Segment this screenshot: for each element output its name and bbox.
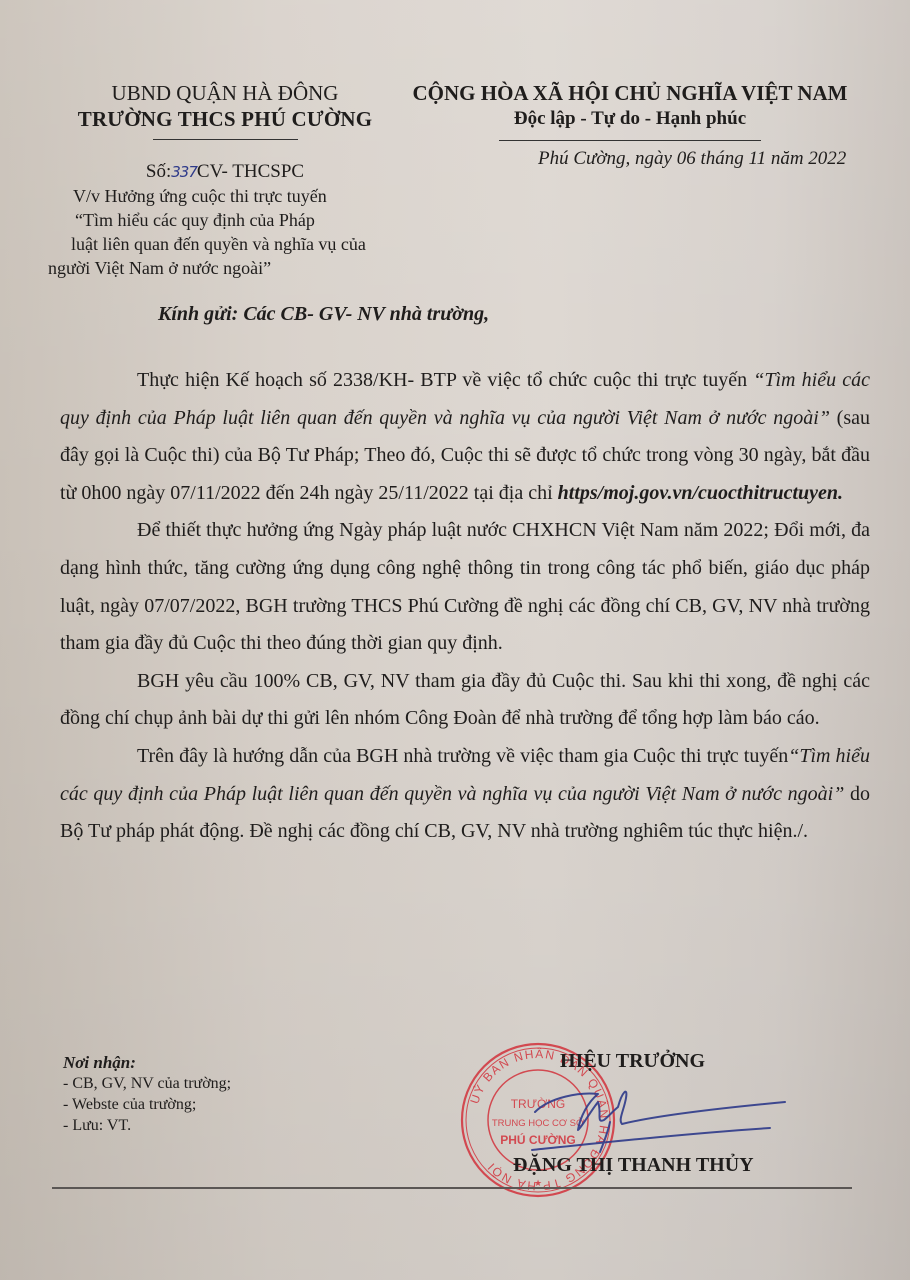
contest-url[interactable]: https/moj.gov.vn/cuocthitructuyen. (558, 482, 843, 504)
authority-name: UBND QUẬN HÀ ĐÔNG (60, 80, 390, 106)
letter-body: Thực hiện Kế hoạch số 2338/KH- BTP về vi… (60, 362, 870, 851)
subject-line: người Việt Nam ở nước ngoài” (48, 256, 388, 280)
paragraph-3: BGH yêu cầu 100% CB, GV, NV tham gia đầy… (60, 663, 870, 738)
greeting: Kính gửi: Các CB- GV- NV nhà trường, (158, 303, 489, 326)
school-name: TRƯỜNG THCS PHÚ CƯỜNG (60, 106, 390, 132)
national-motto: Độc lập - Tự do - Hạnh phúc (395, 106, 865, 132)
paragraph-2: Để thiết thực hưởng ứng Ngày pháp luật n… (60, 512, 870, 662)
signatory-name: ĐẶNG THỊ THANH THỦY (513, 1154, 754, 1177)
recipients-title: Nơi nhận: (63, 1052, 231, 1073)
national-header: CỘNG HÒA XÃ HỘI CHỦ NGHĨA VIỆT NAM Độc l… (395, 80, 865, 141)
document-number-handwritten: 337 (171, 163, 197, 181)
paragraph-text: Thực hiện Kế hoạch số 2338/KH- BTP về vi… (137, 369, 753, 391)
signature-icon (530, 1072, 800, 1162)
paragraph-4: Trên đây là hướng dẫn của BGH nhà trường… (60, 738, 870, 851)
place-date: Phú Cường, ngày 06 tháng 11 năm 2022 (538, 148, 846, 170)
recipient-item: - CB, GV, NV của trường; (63, 1073, 231, 1094)
footer-divider (52, 1187, 852, 1189)
document-number-suffix: CV- THCSPC (197, 161, 304, 182)
subject-line: V/v Hưởng ứng cuộc thi trực tuyến (48, 184, 388, 208)
header-right-underline (499, 140, 761, 141)
subject-line: “Tìm hiểu các quy định của Pháp (48, 208, 388, 232)
document-number: Số:337CV- THCSPC (70, 160, 380, 184)
recipient-item: - Webste của trường; (63, 1094, 231, 1115)
recipients-block: Nơi nhận: - CB, GV, NV của trường; - Web… (63, 1052, 231, 1136)
document-number-prefix: Số: (146, 161, 171, 182)
signatory-title: HIỆU TRƯỞNG (560, 1050, 705, 1073)
issuer-header: UBND QUẬN HÀ ĐÔNG TRƯỜNG THCS PHÚ CƯỜNG (60, 80, 390, 140)
nation-name: CỘNG HÒA XÃ HỘI CHỦ NGHĨA VIỆT NAM (395, 80, 865, 106)
paragraph-1: Thực hiện Kế hoạch số 2338/KH- BTP về vi… (60, 362, 870, 512)
paragraph-text: Trên đây là hướng dẫn của BGH nhà trường… (137, 745, 788, 767)
subject-block: V/v Hưởng ứng cuộc thi trực tuyến “Tìm h… (48, 184, 388, 280)
header-left-underline (153, 139, 298, 140)
recipient-item: - Lưu: VT. (63, 1115, 231, 1136)
subject-line: luật liên quan đến quyền và nghĩa vụ của (48, 232, 388, 256)
